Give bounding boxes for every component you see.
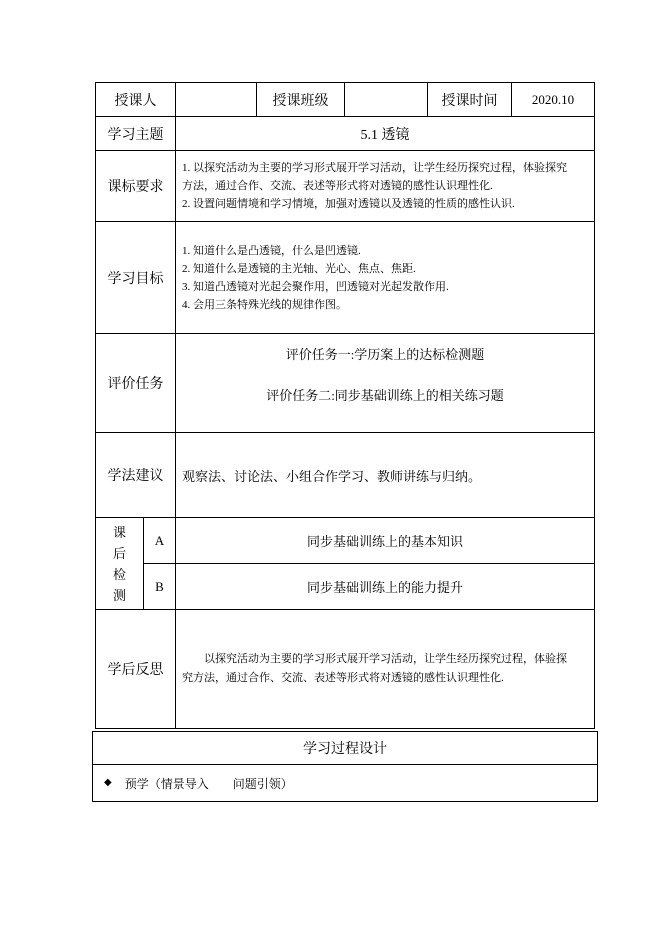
- method-row: 学法建议 观察法、讨论法、小组合作学习、教师讲练与归纳。: [96, 433, 595, 518]
- reflection-value-cell: 以探究活动为主要的学习形式展开学习活动，让学生经历探究过程，体验探 究方法，通过…: [176, 610, 595, 729]
- evaluation-task-1: 评价任务一:学历案上的达标检测题: [286, 344, 485, 363]
- method-text: 观察法、讨论法、小组合作学习、教师讲练与归纳。: [182, 466, 481, 485]
- evaluation-value-cell: 评价任务一:学历案上的达标检测题 评价任务二:同步基础训练上的相关练习题: [176, 334, 595, 433]
- topic-value-cell: 5.1 透镜: [176, 117, 595, 151]
- objective-text: 1. 知道什么是凸透镜，什么是凹透镜. 2. 知道什么是透镜的主光轴、光心、焦点…: [182, 242, 449, 314]
- class-label-cell: 授课班级: [257, 83, 345, 117]
- header-row: 授课人 授课班级 授课时间 2020.10: [96, 83, 595, 117]
- homework-row: 课 后 检 测 A 同步基础训练上的基本知识 B 同步基础训练上的能力提升: [96, 518, 595, 610]
- method-value-cell: 观察法、讨论法、小组合作学习、教师讲练与归纳。: [176, 433, 595, 518]
- class-value-cell: [345, 83, 428, 117]
- process-header-cell: 学习过程设计: [93, 732, 598, 765]
- evaluation-label-cell: 评价任务: [96, 334, 176, 433]
- homework-row-a: A 同步基础训练上的基本知识: [144, 518, 595, 564]
- standard-row: 课标要求 1. 以探究活动为主要的学习形式展开学习活动，让学生经历探究过程，体验…: [96, 151, 595, 222]
- process-item-cell: ◆ 预学（情景导入 问题引领）: [93, 765, 598, 802]
- topic-label-cell: 学习主题: [96, 117, 176, 151]
- time-label-cell: 授课时间: [428, 83, 512, 117]
- diamond-bullet-icon: ◆: [104, 778, 112, 788]
- prelearn-item-text: 预学（情景导入 问题引领）: [125, 775, 293, 792]
- homework-a-key-cell: A: [144, 518, 176, 564]
- evaluation-row: 评价任务 评价任务一:学历案上的达标检测题 评价任务二:同步基础训练上的相关练习…: [96, 334, 595, 433]
- process-item-row: ◆ 预学（情景导入 问题引领）: [93, 765, 598, 802]
- method-label-cell: 学法建议: [96, 433, 176, 518]
- homework-subrows: A 同步基础训练上的基本知识 B 同步基础训练上的能力提升: [144, 518, 595, 610]
- process-design-table: 学习过程设计 ◆ 预学（情景导入 问题引领）: [92, 731, 598, 802]
- objective-value-cell: 1. 知道什么是凸透镜，什么是凹透镜. 2. 知道什么是透镜的主光轴、光心、焦点…: [176, 222, 595, 334]
- standard-value-cell: 1. 以探究活动为主要的学习形式展开学习活动，让学生经历探究过程，体验探究 方法…: [176, 151, 595, 222]
- reflection-text: 以探究活动为主要的学习形式展开学习活动，让学生经历探究过程，体验探 究方法，通过…: [182, 650, 567, 688]
- homework-a-value-cell: 同步基础训练上的基本知识: [176, 518, 595, 564]
- objective-row: 学习目标 1. 知道什么是凸透镜，什么是凹透镜. 2. 知道什么是透镜的主光轴、…: [96, 222, 595, 334]
- homework-b-key-cell: B: [144, 564, 176, 610]
- homework-row-b: B 同步基础训练上的能力提升: [144, 564, 595, 610]
- homework-label-cell: 课 后 检 测: [96, 518, 144, 610]
- process-header-row: 学习过程设计: [93, 732, 598, 765]
- standard-label-cell: 课标要求: [96, 151, 176, 222]
- document-page: 授课人 授课班级 授课时间 2020.10 学习主题 5.1 透镜 课标要求 1…: [0, 0, 661, 935]
- homework-b-value-cell: 同步基础训练上的能力提升: [176, 564, 595, 610]
- topic-row: 学习主题 5.1 透镜: [96, 117, 595, 151]
- objective-label-cell: 学习目标: [96, 222, 176, 334]
- standard-text: 1. 以探究活动为主要的学习形式展开学习活动，让学生经历探究过程，体验探究 方法…: [182, 159, 567, 213]
- lesson-info-table: 授课人 授课班级 授课时间 2020.10 学习主题 5.1 透镜 课标要求 1…: [95, 82, 595, 729]
- reflection-row: 学后反思 以探究活动为主要的学习形式展开学习活动，让学生经历探究过程，体验探 究…: [96, 610, 595, 729]
- time-value-cell: 2020.10: [512, 83, 595, 117]
- teacher-value-cell: [176, 83, 257, 117]
- evaluation-task-2: 评价任务二:同步基础训练上的相关练习题: [266, 385, 504, 404]
- reflection-label-cell: 学后反思: [96, 610, 176, 729]
- teacher-label-cell: 授课人: [96, 83, 176, 117]
